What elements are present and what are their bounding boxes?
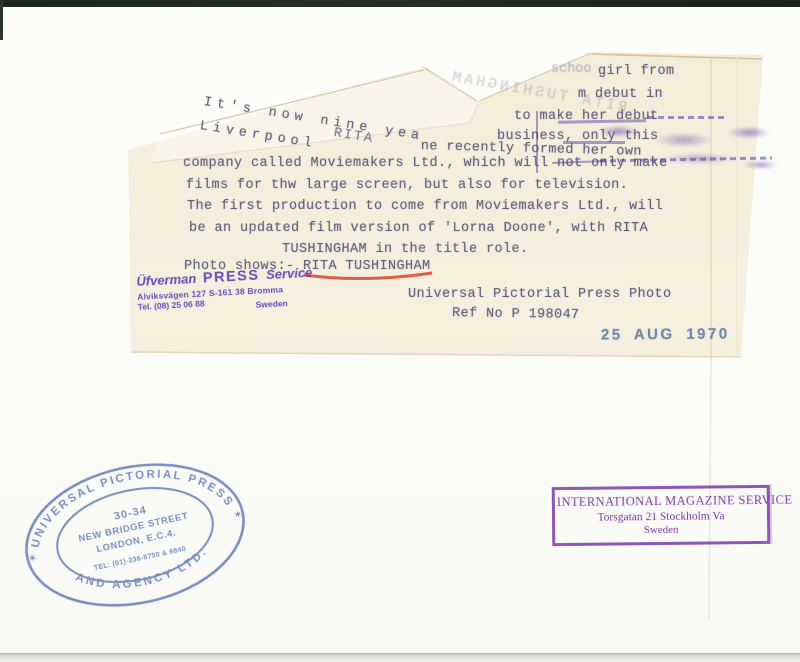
oval-stamp-bottom-text: AND AGENCY LTD. bbox=[72, 544, 215, 603]
magazine-service-address: Torsgatan 21 Stockholm Va bbox=[557, 510, 765, 524]
credit-line: Universal Pictorial Press Photo bbox=[408, 287, 672, 302]
pen-mark bbox=[563, 141, 625, 144]
caption-line: The first production to come from Moviem… bbox=[187, 199, 663, 214]
pen-mark bbox=[648, 116, 726, 119]
caption-fragment: m debut in bbox=[578, 87, 663, 102]
ink-smudge bbox=[584, 114, 776, 176]
scan-left-edge bbox=[0, 0, 3, 40]
oval-agency-stamp: UNIVERSAL PICTORIAL PRESS AND AGENCY LTD… bbox=[0, 426, 275, 644]
caption-line: TUSHINGHAM in the title role. bbox=[282, 242, 529, 257]
pen-mark bbox=[536, 111, 538, 173]
ghost-text-fragment: schoo bbox=[551, 62, 592, 77]
star-icon: ✶ bbox=[27, 552, 39, 566]
press-service-country: Sweden bbox=[255, 298, 288, 310]
magazine-service-stamp: INTERNATIONAL MAGAZINE SERVICE Torsgatan… bbox=[552, 485, 771, 546]
scan-bottom-edge bbox=[0, 653, 800, 662]
press-service-stamp: Üfverman PRESS Service Alviksvägen 127 S… bbox=[136, 265, 308, 316]
press-service-service: Service bbox=[266, 265, 313, 282]
caption-fragment: girl from bbox=[598, 64, 675, 79]
ref-number: Ref No P 198047 bbox=[452, 306, 580, 323]
magazine-service-country: Sweden bbox=[557, 523, 765, 537]
scan-top-edge bbox=[0, 0, 800, 7]
caption-line: films for thw large screen, but also for… bbox=[186, 178, 628, 193]
svg-text:AND AGENCY LTD.: AND AGENCY LTD. bbox=[72, 544, 215, 603]
date-stamp: 25 AUG 1970 bbox=[601, 325, 730, 343]
caption-line: be an updated film version of 'Lorna Doo… bbox=[189, 221, 648, 236]
photo-back-scan: RITA TUSHINGHAM schoo It's now nine yea … bbox=[0, 0, 800, 662]
magazine-service-name: INTERNATIONAL MAGAZINE SERVICE bbox=[557, 493, 765, 510]
press-service-press: PRESS bbox=[203, 268, 260, 287]
press-service-name: Üfverman bbox=[136, 271, 197, 289]
red-underline bbox=[300, 268, 440, 284]
